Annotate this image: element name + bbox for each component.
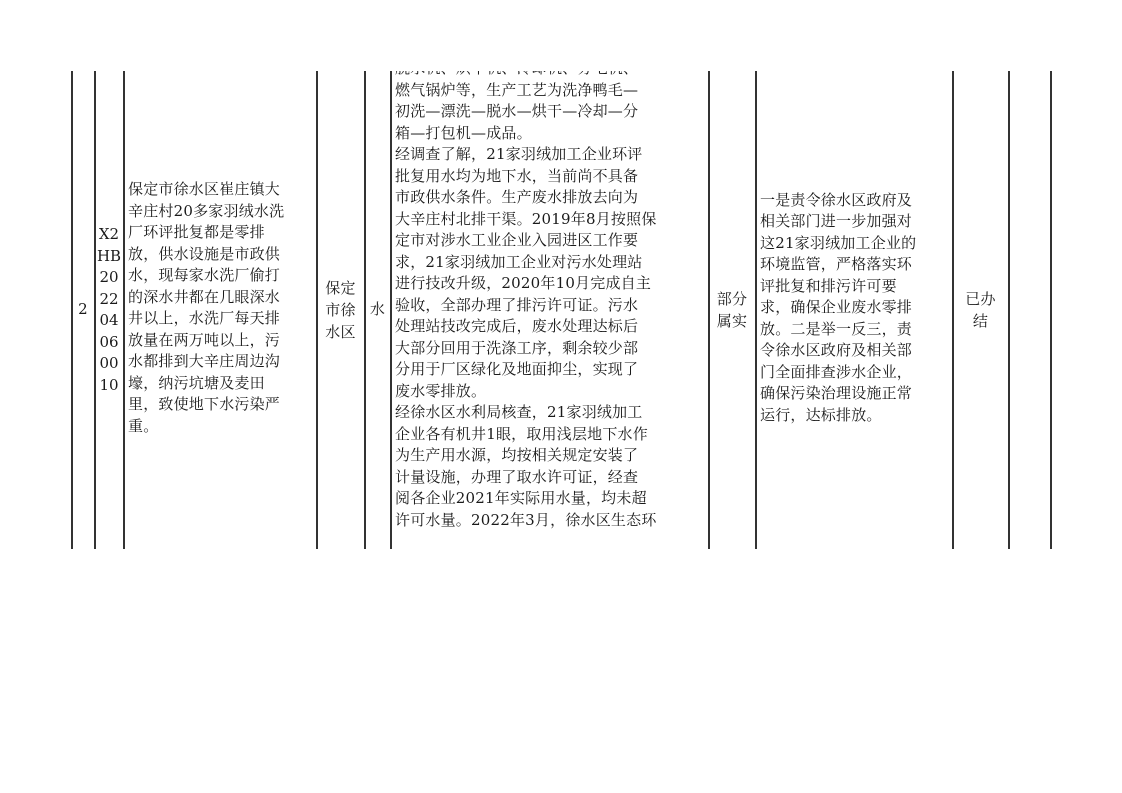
row-index: 2 [78,299,88,321]
complaint-text: 保定市徐水区崔庄镇大 辛庄村20多家羽绒水洗 厂环评批复都是零排 放，供水设施是… [128,179,284,437]
document-page: 2 X2 HB 20 22 04 06 00 10 保定市徐水区崔庄镇大 辛庄村… [0,0,1122,793]
measures-text: 一是责令徐水区政府及 相关部门进一步加强对 这21家羽绒加工企业的 环境监管，严… [760,190,916,427]
table-border-right [1050,71,1052,549]
status-text: 已办 结 [965,288,995,332]
pollution-type: 水 [370,299,385,321]
verdict-cell: 部分 属实 [709,71,755,549]
status-cell: 已办 结 [953,71,1008,549]
investigation-text: 脱水机、烘干机、冷却机、分毛机、 燃气锅炉等，生产工艺为洗净鸭毛— 初洗—漂洗—… [395,71,708,531]
case-id-cell: X2 HB 20 22 04 06 00 10 [95,71,123,549]
region-cell: 保定 市徐 水区 [317,71,364,549]
case-id: X2 HB 20 22 04 06 00 10 [97,224,121,396]
measures-cell: 一是责令徐水区政府及 相关部门进一步加强对 这21家羽绒加工企业的 环境监管，严… [756,71,952,549]
region-text: 保定 市徐 水区 [325,277,355,343]
complaint-cell: 保定市徐水区崔庄镇大 辛庄村20多家羽绒水洗 厂环评批复都是零排 放，供水设施是… [124,71,316,549]
verdict-text: 部分 属实 [717,288,747,332]
empty-cell [1009,71,1050,549]
pollution-type-cell: 水 [365,71,390,549]
investigation-cell: 脱水机、烘干机、冷却机、分毛机、 燃气锅炉等，生产工艺为洗净鸭毛— 初洗—漂洗—… [391,71,708,549]
row-index-cell: 2 [72,71,94,549]
